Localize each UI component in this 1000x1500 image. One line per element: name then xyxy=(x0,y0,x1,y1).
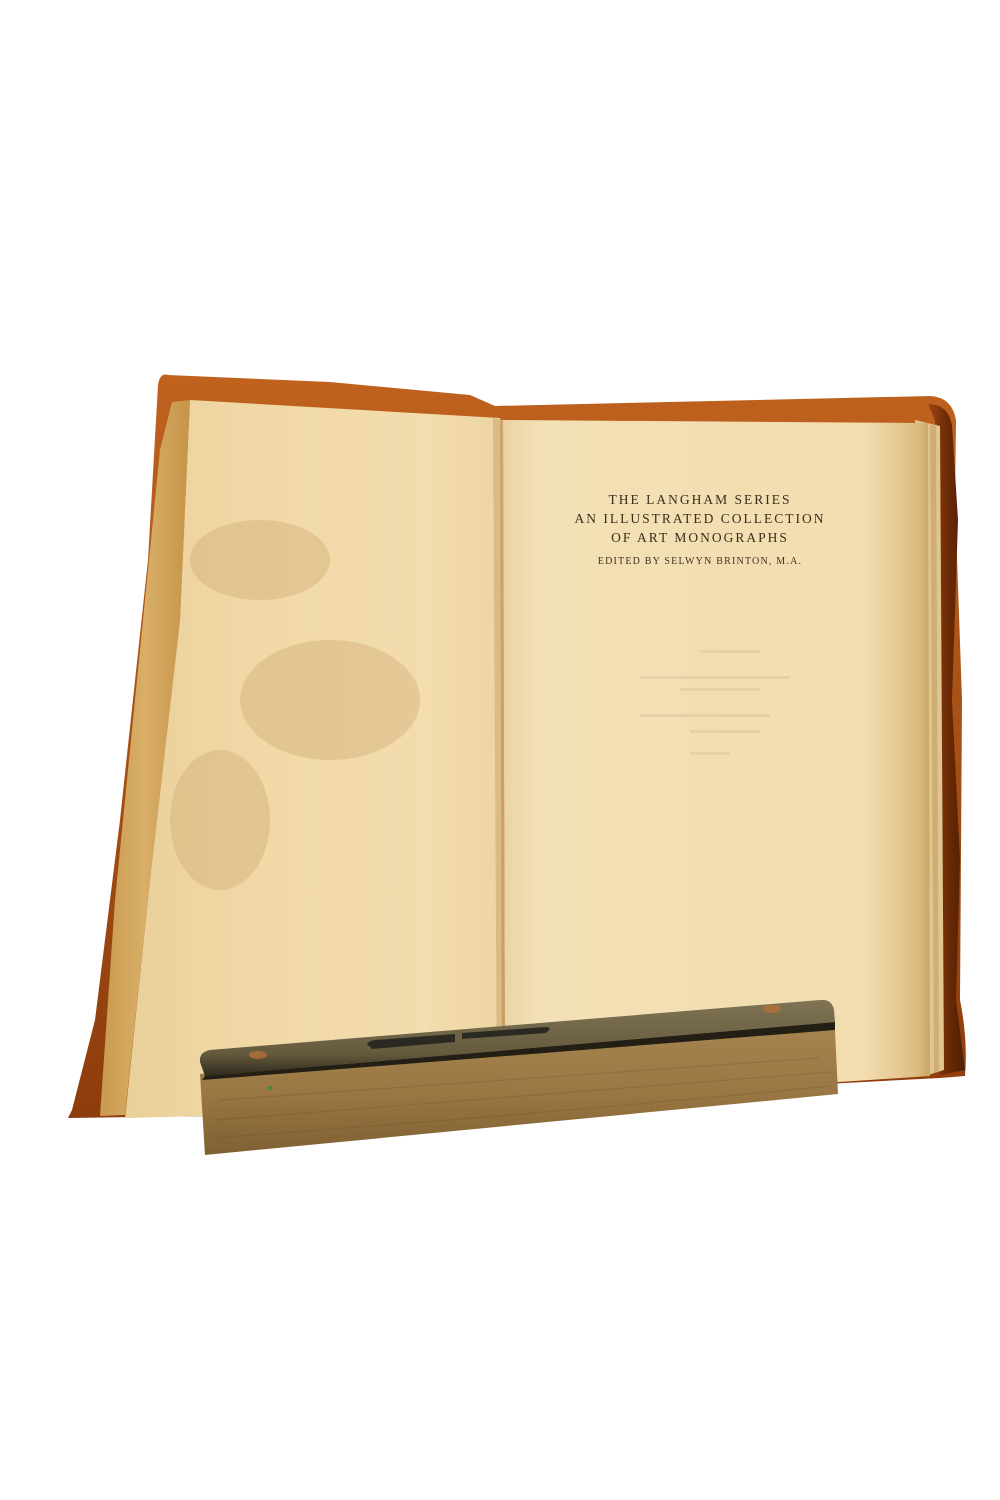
level-screw-left xyxy=(249,1051,267,1059)
title-page-text: THE LANGHAM SERIES AN ILLUSTRATED COLLEC… xyxy=(560,490,840,567)
photo-scene: THE LANGHAM SERIES AN ILLUSTRATED COLLEC… xyxy=(0,0,1000,1500)
series-title: THE LANGHAM SERIES xyxy=(560,490,840,509)
series-subtitle-line-1: AN ILLUSTRATED COLLECTION xyxy=(560,509,840,528)
series-subtitle-line-2: OF ART MONOGRAPHS xyxy=(560,528,840,547)
editor-credit: EDITED BY SELWYN BRINTON, M.A. xyxy=(560,556,840,567)
paint-speck xyxy=(268,1086,272,1090)
book-photo xyxy=(0,0,1000,1500)
level-screw-right xyxy=(763,1005,781,1013)
